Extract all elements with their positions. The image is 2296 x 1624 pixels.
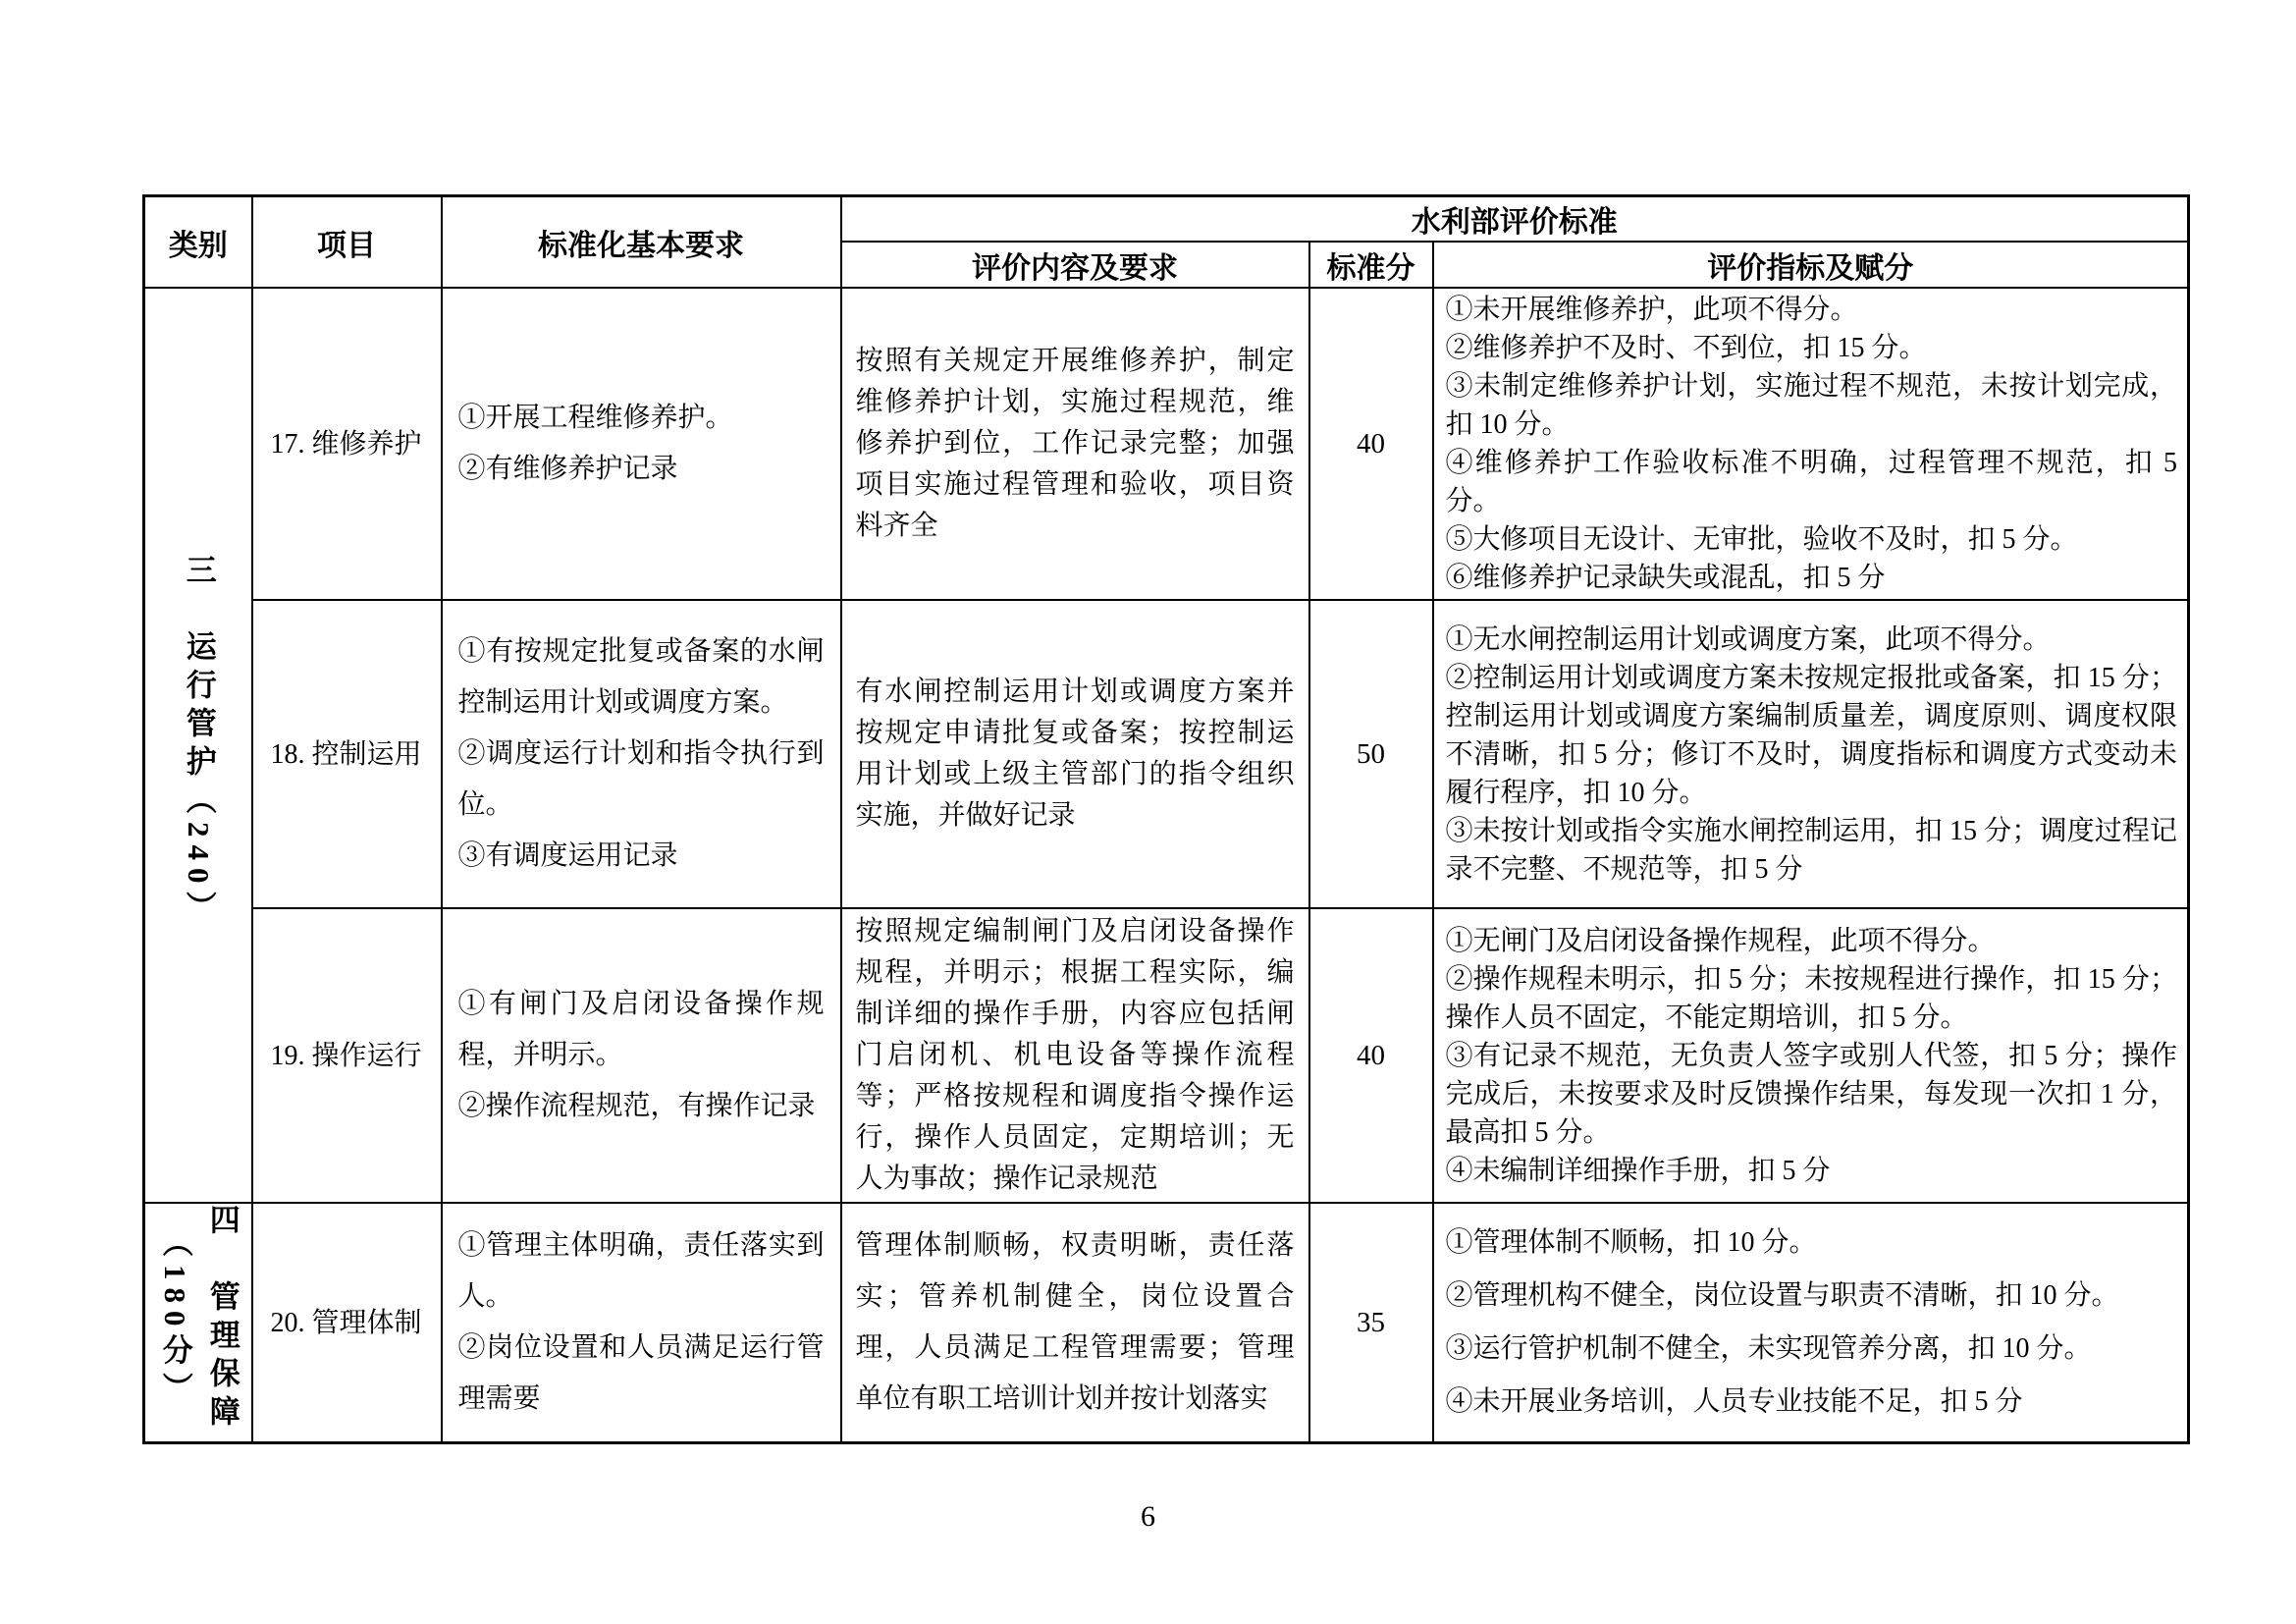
header-ministry-standard-group: 水利部评价标准 <box>841 196 2189 243</box>
requirements-cell: ①开展工程维修养护。 ②有维修养护记录 <box>442 288 841 600</box>
table-row: 19. 操作运行 ①有闸门及启闭设备操作规程，并明示。 ②操作流程规范，有操作记… <box>144 908 2189 1203</box>
header-indicators: 评价指标及赋分 <box>1433 242 2189 288</box>
category-cell-operation: 三 运行管护（240） <box>144 288 252 1203</box>
header-basic-requirements: 标准化基本要求 <box>442 196 841 289</box>
item-cell: 17. 维修养护 <box>252 288 442 600</box>
indicators-cell: ①未开展维修养护，此项不得分。 ②维修养护不及时、不到位，扣 15 分。 ③未制… <box>1433 288 2189 600</box>
category-cell-management: 四 管理保障 （180分） <box>144 1203 252 1443</box>
content-cell: 按照有关规定开展维修养护，制定维修养护计划，实施过程规范，维修养护到位，工作记录… <box>841 288 1309 600</box>
table-row: 18. 控制运用 ①有按规定批复或备案的水闸控制运用计划或调度方案。 ②调度运行… <box>144 600 2189 908</box>
indicators-cell: ①管理体制不顺畅，扣 10 分。 ②管理机构不健全，岗位设置与职责不清晰，扣 1… <box>1433 1203 2189 1443</box>
header-eval-content: 评价内容及要求 <box>841 242 1309 288</box>
content-cell: 按照规定编制闸门及启闭设备操作规程，并明示；根据工程实际，编制详细的操作手册，内… <box>841 908 1309 1203</box>
item-cell: 18. 控制运用 <box>252 600 442 908</box>
category-label: 三 运行管护（240） <box>175 554 222 930</box>
document-page: 类别 项目 标准化基本要求 水利部评价标准 评价内容及要求 标准分 评价指标及赋… <box>0 0 2296 1624</box>
indicators-cell: ①无水闸控制运用计划或调度方案，此项不得分。 ②控制运用计划或调度方案未按规定报… <box>1433 600 2189 908</box>
evaluation-table: 类别 项目 标准化基本要求 水利部评价标准 评价内容及要求 标准分 评价指标及赋… <box>142 194 2190 1444</box>
header-category: 类别 <box>144 196 252 289</box>
requirements-cell: ①有按规定批复或备案的水闸控制运用计划或调度方案。 ②调度运行计划和指令执行到位… <box>442 600 841 908</box>
item-cell: 20. 管理体制 <box>252 1203 442 1443</box>
content-cell: 有水闸控制运用计划或调度方案并按规定申请批复或备案；按控制运用计划或上级主管部门… <box>841 600 1309 908</box>
category-label: 四 管理保障 （180分） <box>151 1204 245 1434</box>
table-row: 四 管理保障 （180分） 20. 管理体制 ①管理主体明确，责任落实到人。 ②… <box>144 1203 2189 1443</box>
item-cell: 19. 操作运行 <box>252 908 442 1203</box>
requirements-cell: ①有闸门及启闭设备操作规程，并明示。 ②操作流程规范，有操作记录 <box>442 908 841 1203</box>
score-cell: 50 <box>1309 600 1433 908</box>
table-row: 三 运行管护（240） 17. 维修养护 ①开展工程维修养护。 ②有维修养护记录… <box>144 288 2189 600</box>
content-cell: 管理体制顺畅，权责明晰，责任落实；管养机制健全，岗位设置合理，人员满足工程管理需… <box>841 1203 1309 1443</box>
header-standard-score: 标准分 <box>1309 242 1433 288</box>
requirements-cell: ①管理主体明确，责任落实到人。 ②岗位设置和人员满足运行管理需要 <box>442 1203 841 1443</box>
score-cell: 40 <box>1309 288 1433 600</box>
score-cell: 40 <box>1309 908 1433 1203</box>
score-cell: 35 <box>1309 1203 1433 1443</box>
indicators-cell: ①无闸门及启闭设备操作规程，此项不得分。 ②操作规程未明示，扣 5 分；未按规程… <box>1433 908 2189 1203</box>
header-item: 项目 <box>252 196 442 289</box>
page-number: 6 <box>0 1500 2296 1534</box>
